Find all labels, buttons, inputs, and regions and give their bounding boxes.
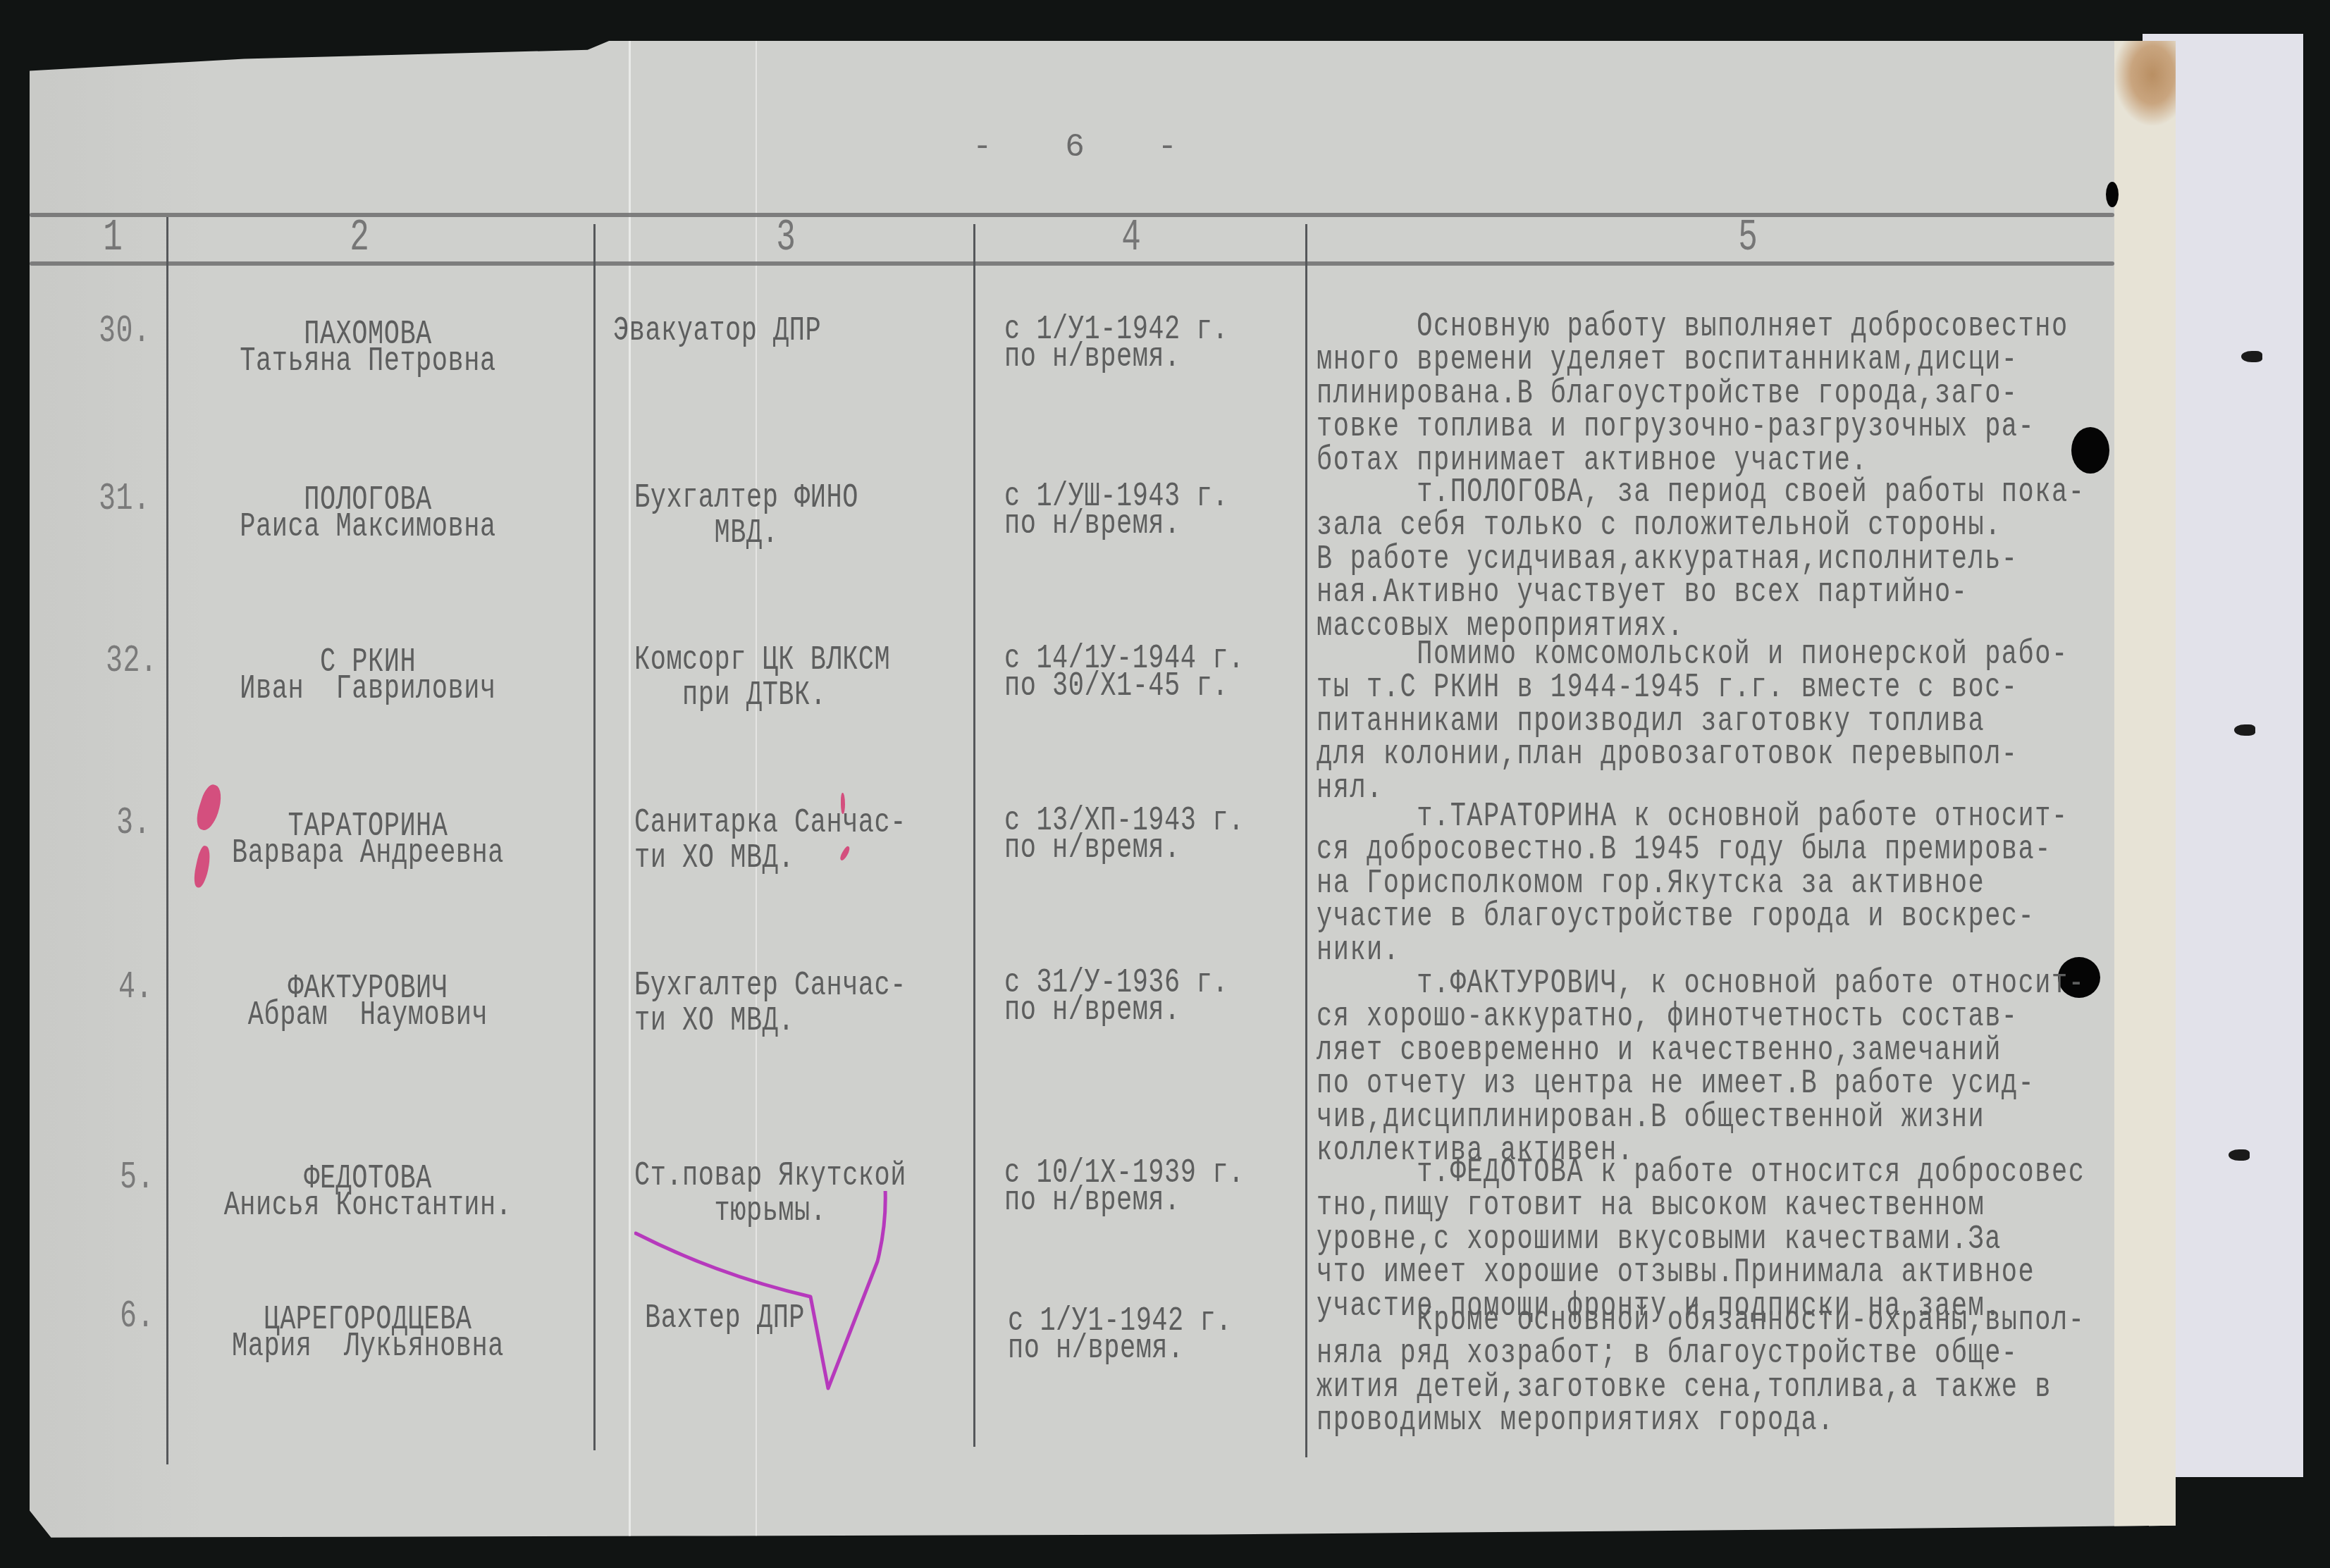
punch-hole (2241, 351, 2262, 362)
violet-checkmark (634, 1191, 916, 1395)
performance-description: Помимо комсомольской и пионерской рабо- … (1317, 638, 2069, 805)
performance-description: т.ФАКТУРОВИЧ, к основной работе относит-… (1317, 967, 2085, 1168)
period-to: по н/время. (1004, 831, 1181, 866)
performance-description: Основную работу выполняет добросовестно … (1317, 310, 2069, 478)
paper-fold (629, 41, 631, 1541)
period-to: по н/время. (1004, 993, 1181, 1028)
column-divider (973, 224, 975, 1447)
performance-description: т.ФЕДОТОВА к работе относится добросовес… (1317, 1156, 2085, 1323)
column-divider (593, 224, 596, 1450)
employee-position: Эвакуатор ДПР (613, 314, 821, 349)
row-number: 31. (99, 483, 151, 518)
row-number: 5. (120, 1161, 154, 1197)
punch-hole (2071, 427, 2109, 474)
row-number: 6. (120, 1300, 154, 1335)
column-header-1: 1 (42, 214, 183, 263)
row-number: 30. (99, 315, 151, 350)
row-number: 3. (116, 807, 151, 842)
employee-position: Бухгалтер Санчас- ти ХО МВД. (634, 968, 906, 1039)
column-header-5: 5 (1677, 214, 1818, 263)
column-header-3: 3 (715, 214, 856, 263)
employee-given-name: Мария Лукьяновна (156, 1329, 579, 1364)
pink-ink-mark (841, 793, 845, 814)
punch-hole (2106, 182, 2119, 207)
period-to: по н/время. (1004, 507, 1181, 542)
row-number: 32. (106, 645, 158, 680)
punch-hole (2229, 1149, 2250, 1161)
performance-description: т.ТАРАТОРИНА к основной работе относит- … (1317, 800, 2069, 968)
period-to: по н/время. (1008, 1331, 1184, 1366)
employee-given-name: Иван Гаврилович (156, 672, 579, 707)
employee-given-name: Абрам Наумович (156, 998, 579, 1033)
employee-given-name: Раиса Максимовна (156, 510, 579, 545)
page-number: - 6 - (973, 129, 1204, 166)
punch-hole (2234, 724, 2255, 736)
column-header-2: 2 (289, 214, 430, 263)
employee-given-name: Татьяна Петровна (156, 344, 579, 379)
paper-edge-strip (2114, 41, 2176, 1541)
period-to: по 30/Х1-45 г. (1004, 669, 1228, 704)
row-number: 4. (118, 971, 153, 1006)
employee-position: Бухгалтер ФИНО МВД. (634, 481, 858, 551)
performance-description: т.ПОЛОГОВА, за период своей работы пока-… (1317, 476, 2085, 643)
employee-given-name: Варвара Андреевна (156, 836, 579, 871)
period-to: по н/время. (1004, 340, 1181, 375)
employee-position: Санитарка Санчас- ти ХО МВД. (634, 805, 906, 876)
period-to: по н/время. (1004, 1183, 1181, 1218)
column-divider (1305, 224, 1307, 1457)
water-stain (2114, 41, 2178, 125)
performance-description: Кроме основной обязанности-охраны,выпол-… (1317, 1304, 2085, 1438)
employee-given-name: Анисья Константин. (156, 1188, 579, 1223)
employee-position: Комсорг ЦК ВЛКСМ при ДТВК. (634, 643, 890, 713)
column-header-4: 4 (1061, 214, 1202, 263)
